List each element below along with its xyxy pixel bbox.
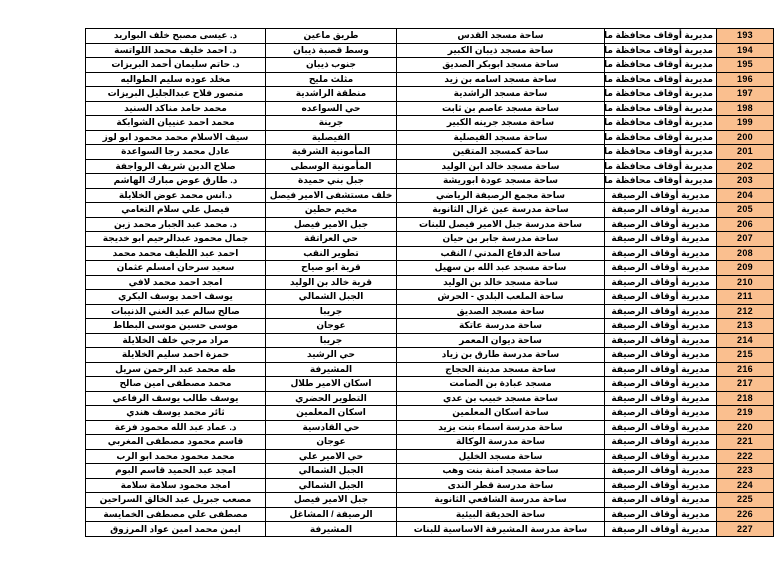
district-cell: طريق ماعين — [266, 29, 397, 44]
district-cell: جريبا — [266, 304, 397, 319]
khateeb-name-cell: صلاح الدين شريف الرواجفة — [86, 159, 266, 174]
table-row: عادل محمد رجا السواعدة المأمونية الشرقية… — [86, 145, 774, 160]
row-number-badge: 220 — [717, 420, 774, 435]
table-row: محمد حامد مناكد السنيد حي السواعده ساحة … — [86, 101, 774, 116]
table-row: سعيد سرحان امسلم عثمان قرية ابو صياح ساح… — [86, 261, 774, 276]
khateeb-name-cell: سيف الاسلام محمد محمود ابو لوز — [86, 130, 266, 145]
district-cell: الفيصلية — [266, 130, 397, 145]
table-row: محمد احمد عنييان الشوابكة جرينة ساحة مسج… — [86, 116, 774, 131]
row-number-badge: 195 — [717, 58, 774, 73]
khateeb-name-cell: موسى حسين موسى البطاط — [86, 319, 266, 334]
table-row: يوسف طالب يوسف الرفاعي التطوير الحضري سا… — [86, 391, 774, 406]
square-location-cell: ساحة مدرسة جبل الامير فيصل للبنات — [397, 217, 605, 232]
table-row: احمد عبد اللطيف محمد محمد تطوير النقب سا… — [86, 246, 774, 261]
district-cell: قرية خالد بن الوليد — [266, 275, 397, 290]
district-cell: قرية ابو صياح — [266, 261, 397, 276]
directorate-cell: مديرية أوقاف الرصيفة — [605, 188, 717, 203]
row-number-badge: 213 — [717, 319, 774, 334]
table-row: صالح سالم عبد الغني الذنيبات جريبا ساحة … — [86, 304, 774, 319]
khateeb-name-cell: طه محمد عبد الرحمن سريل — [86, 362, 266, 377]
square-location-cell: ساحة كمسجد المتقين — [397, 145, 605, 160]
square-location-cell: ساحة مسجد خبيب بن عدي — [397, 391, 605, 406]
directorate-cell: مديرية أوقاف الرصيفة — [605, 203, 717, 218]
khateeb-name-cell: د. محمد عبد الجبار محمد زبن — [86, 217, 266, 232]
row-number-badge: 215 — [717, 348, 774, 363]
table-row: ايمن محمد امين عواد المرزوق المشيرفة ساح… — [86, 522, 774, 537]
row-number-badge: 200 — [717, 130, 774, 145]
row-number-badge: 219 — [717, 406, 774, 421]
directorate-cell: مديرية أوقاف الرصيفة — [605, 377, 717, 392]
table-row: مراد مرجي خلف الخلايلة جريبا ساحة ديوان … — [86, 333, 774, 348]
directorate-cell: مديرية أوقاف الرصيفة — [605, 304, 717, 319]
row-number-badge: 212 — [717, 304, 774, 319]
district-cell: اسكان المعلمين — [266, 406, 397, 421]
directorate-cell: مديرية أوقاف محافظة مادبا — [605, 159, 717, 174]
district-cell: عوجان — [266, 319, 397, 334]
row-number-badge: 224 — [717, 478, 774, 493]
row-number-badge: 197 — [717, 87, 774, 102]
square-location-cell: ساحة مسجد عبد الله بن سهيل — [397, 261, 605, 276]
table-row: د.انس محمد عوض الخلايلة خلف مستشفى الامي… — [86, 188, 774, 203]
row-number-badge: 206 — [717, 217, 774, 232]
table-row: د. عيسى مصبح خلف البواريد طريق ماعين ساح… — [86, 29, 774, 44]
district-cell: الرصيفة / المشاغل — [266, 507, 397, 522]
row-number-badge: 205 — [717, 203, 774, 218]
khateeb-name-cell: د.انس محمد عوض الخلايلة — [86, 188, 266, 203]
district-cell: مخيم حطين — [266, 203, 397, 218]
table-row: امجد عبد الحميد قاسم البوم الجبل الشمالي… — [86, 464, 774, 479]
row-number-badge: 208 — [717, 246, 774, 261]
row-number-badge: 218 — [717, 391, 774, 406]
directorate-cell: مديرية أوقاف محافظة مادبا — [605, 174, 717, 189]
directorate-cell: مديرية أوقاف الرصيفة — [605, 232, 717, 247]
square-location-cell: ساحة مسجد اسامه بن زيد — [397, 72, 605, 87]
directorate-cell: مديرية أوقاف الرصيفة — [605, 319, 717, 334]
square-location-cell: ساحة مدرسة الشافعي الثانوية — [397, 493, 605, 508]
table-row: صلاح الدين شريف الرواجفة المأمونية الوسط… — [86, 159, 774, 174]
square-location-cell: ساحة مسجد الراشدية — [397, 87, 605, 102]
table-row: مصطفى علي مصطفى الخمايسة الرصيفة / المشا… — [86, 507, 774, 522]
district-cell: المأمونية الوسطى — [266, 159, 397, 174]
directorate-cell: مديرية أوقاف الرصيفة — [605, 449, 717, 464]
square-location-cell: ساحة مدرسة عين غزال الثانوية — [397, 203, 605, 218]
khateeb-name-cell: د. حاتم سليمان أحمد البريزات — [86, 58, 266, 73]
row-number-badge: 226 — [717, 507, 774, 522]
khateeb-name-cell: محمد حامد مناكد السنيد — [86, 101, 266, 116]
directorate-cell: مديرية أوقاف الرصيفة — [605, 420, 717, 435]
khateeb-name-cell: سعيد سرحان امسلم عثمان — [86, 261, 266, 276]
directorate-cell: مديرية أوقاف الرصيفة — [605, 275, 717, 290]
district-cell: وسط قصبة ذيبان — [266, 43, 397, 58]
table-row: منصور فلاح عبدالجليل البريزات منطقة الرا… — [86, 87, 774, 102]
table-body: د. عيسى مصبح خلف البواريد طريق ماعين ساح… — [86, 29, 774, 537]
khateeb-name-cell: احمد عبد اللطيف محمد محمد — [86, 246, 266, 261]
square-location-cell: ساحة مسجد مدينة الحجاج — [397, 362, 605, 377]
square-location-cell: ساحة مدرسة قطر الندى — [397, 478, 605, 493]
khateeb-name-cell: فيصل علي سلام التعامي — [86, 203, 266, 218]
row-number-badge: 227 — [717, 522, 774, 537]
district-cell: جبل الامير فيصل — [266, 493, 397, 508]
row-number-badge: 202 — [717, 159, 774, 174]
square-location-cell: ساحة مسجد الصديق — [397, 304, 605, 319]
square-location-cell: ساحة مدرسة الوكالة — [397, 435, 605, 450]
row-number-badge: 198 — [717, 101, 774, 116]
khateeb-name-cell: منصور فلاح عبدالجليل البريزات — [86, 87, 266, 102]
khateeb-name-cell: ثائر محمد يوسف هندي — [86, 406, 266, 421]
directorate-cell: مديرية أوقاف الرصيفة — [605, 290, 717, 305]
khateeb-name-cell: مخلد عوده سليم الطواليه — [86, 72, 266, 87]
table-row: محمد مصطفى امين صالح اسكان الامير طلال م… — [86, 377, 774, 392]
directorate-cell: مديرية أوقاف الرصيفة — [605, 435, 717, 450]
square-location-cell: ساحة ديوان المعمر — [397, 333, 605, 348]
khateeb-name-cell: جمال محمود عبدالرحيم ابو خديجة — [86, 232, 266, 247]
square-location-cell: ساحة مسجد جرينه الكبير — [397, 116, 605, 131]
square-location-cell: ساحة مسجد عاصم بن ثابت — [397, 101, 605, 116]
square-location-cell: ساحة مسجد عودة ابوريشة — [397, 174, 605, 189]
table-row: امجد محمود سلامة سلامة الجبل الشمالي ساح… — [86, 478, 774, 493]
khateeb-name-cell: يوسف طالب يوسف الرفاعي — [86, 391, 266, 406]
square-location-cell: ساحة مسجد الفيصلية — [397, 130, 605, 145]
khateeb-name-cell: محمد احمد عنييان الشوابكة — [86, 116, 266, 131]
district-cell: حي الامير علي — [266, 449, 397, 464]
row-number-badge: 194 — [717, 43, 774, 58]
row-number-badge: 203 — [717, 174, 774, 189]
directorate-cell: مديرية أوقاف محافظة مادبا — [605, 43, 717, 58]
khateeb-name-cell: مصطفى علي مصطفى الخمايسة — [86, 507, 266, 522]
khateeb-name-cell: امجد عبد الحميد قاسم البوم — [86, 464, 266, 479]
district-cell: تطوير النقب — [266, 246, 397, 261]
directorate-cell: مديرية أوقاف محافظة مادبا — [605, 72, 717, 87]
district-cell: حي الرشيد — [266, 348, 397, 363]
directorate-cell: مديرية أوقاف الرصيفة — [605, 362, 717, 377]
directorate-cell: مديرية أوقاف الرصيفة — [605, 261, 717, 276]
row-number-badge: 223 — [717, 464, 774, 479]
table-row: موسى حسين موسى البطاط عوجان ساحة مدرسة ع… — [86, 319, 774, 334]
khateeb-name-cell: حمزة احمد سليم الخلايلة — [86, 348, 266, 363]
square-location-cell: ساحة الملعب البلدي - الحرش — [397, 290, 605, 305]
khateeb-name-cell: عادل محمد رجا السواعدة — [86, 145, 266, 160]
square-location-cell: ساحة مسجد القدس — [397, 29, 605, 44]
eid-prayer-squares-table: د. عيسى مصبح خلف البواريد طريق ماعين ساح… — [85, 28, 774, 537]
directorate-cell: مديرية أوقاف الرصيفة — [605, 333, 717, 348]
directorate-cell: مديرية أوقاف الرصيفة — [605, 406, 717, 421]
square-location-cell: ساحة مسجد امنة بنت وهب — [397, 464, 605, 479]
directorate-cell: مديرية أوقاف الرصيفة — [605, 522, 717, 537]
row-number-badge: 204 — [717, 188, 774, 203]
district-cell: جبل الامير فيصل — [266, 217, 397, 232]
district-cell: مثلث مليح — [266, 72, 397, 87]
table-row: طه محمد عبد الرحمن سريل المشيرفة ساحة مس… — [86, 362, 774, 377]
table-row: د. احمد خليف محمد اللواتسة وسط قصبة ذيبا… — [86, 43, 774, 58]
table-row: د. حاتم سليمان أحمد البريزات جنوب ذيبان … — [86, 58, 774, 73]
square-location-cell: مسجد عبادة بن الصامت — [397, 377, 605, 392]
square-location-cell: ساحة مسجد ابوبكر الصديق — [397, 58, 605, 73]
district-cell: الجبل الشمالي — [266, 290, 397, 305]
square-location-cell: ساحة مدرسة جابر بن حيان — [397, 232, 605, 247]
district-cell: حي القادسية — [266, 420, 397, 435]
directorate-cell: مديرية أوقاف محافظة مادبا — [605, 145, 717, 160]
khateeb-name-cell: د. عماد عبد الله محمود فزعة — [86, 420, 266, 435]
khateeb-name-cell: ايمن محمد امين عواد المرزوق — [86, 522, 266, 537]
district-cell: جرينة — [266, 116, 397, 131]
row-number-badge: 210 — [717, 275, 774, 290]
row-number-badge: 222 — [717, 449, 774, 464]
district-cell: التطوير الحضري — [266, 391, 397, 406]
khateeb-name-cell: محمد محمود محمد ابو الرب — [86, 449, 266, 464]
directorate-cell: مديرية أوقاف محافظة مادبا — [605, 58, 717, 73]
row-number-badge: 217 — [717, 377, 774, 392]
square-location-cell: ساحة مدرسة المشيرفة الاساسية للبنات — [397, 522, 605, 537]
khateeb-name-cell: امجد محمود سلامة سلامة — [86, 478, 266, 493]
row-number-badge: 214 — [717, 333, 774, 348]
square-location-cell: ساحة مسجد خالد ابن الوليد — [397, 159, 605, 174]
square-location-cell: ساحة مسجد خالد بن الوليد — [397, 275, 605, 290]
row-number-badge: 225 — [717, 493, 774, 508]
row-number-badge: 211 — [717, 290, 774, 305]
khateeb-name-cell: د. احمد خليف محمد اللواتسة — [86, 43, 266, 58]
square-location-cell: ساحة اسكان المعلمين — [397, 406, 605, 421]
square-location-cell: ساحة مجمع الرصيفة الرياضي — [397, 188, 605, 203]
district-cell: جنوب ذيبان — [266, 58, 397, 73]
khateeb-name-cell: امجد احمد محمد لافي — [86, 275, 266, 290]
table-row: ثائر محمد يوسف هندي اسكان المعلمين ساحة … — [86, 406, 774, 421]
row-number-badge: 209 — [717, 261, 774, 276]
district-cell: المأمونية الشرقية — [266, 145, 397, 160]
directorate-cell: مديرية أوقاف محافظة مادبا — [605, 101, 717, 116]
khateeb-name-cell: د. طارق عوض مبارك الهاشم — [86, 174, 266, 189]
directorate-cell: مديرية أوقاف الرصيفة — [605, 391, 717, 406]
directorate-cell: مديرية أوقاف الرصيفة — [605, 464, 717, 479]
table-row: جمال محمود عبدالرحيم ابو خديجة حي العرات… — [86, 232, 774, 247]
row-number-badge: 196 — [717, 72, 774, 87]
table-row: د. طارق عوض مبارك الهاشم جبل بني حميدة س… — [86, 174, 774, 189]
row-number-badge: 193 — [717, 29, 774, 44]
khateeb-name-cell: مراد مرجي خلف الخلايلة — [86, 333, 266, 348]
table-row: حمزة احمد سليم الخلايلة حي الرشيد ساحة م… — [86, 348, 774, 363]
directorate-cell: مديرية أوقاف الرصيفة — [605, 478, 717, 493]
district-cell: حي العراتقة — [266, 232, 397, 247]
district-cell: المشيرفة — [266, 362, 397, 377]
row-number-badge: 207 — [717, 232, 774, 247]
square-location-cell: ساحة الحديقة البيئية — [397, 507, 605, 522]
district-cell: جبل بني حميدة — [266, 174, 397, 189]
district-cell: المشيرفة — [266, 522, 397, 537]
directorate-cell: مديرية أوقاف الرصيفة — [605, 493, 717, 508]
khateeb-name-cell: صالح سالم عبد الغني الذنيبات — [86, 304, 266, 319]
directorate-cell: مديرية أوقاف محافظة مادبا — [605, 87, 717, 102]
district-cell: عوجان — [266, 435, 397, 450]
khateeb-name-cell: مصعب جبريل عبد الخالق السراحين — [86, 493, 266, 508]
table-row: سيف الاسلام محمد محمود ابو لوز الفيصلية … — [86, 130, 774, 145]
row-number-badge: 216 — [717, 362, 774, 377]
khateeb-name-cell: يوسف احمد يوسف البكري — [86, 290, 266, 305]
directorate-cell: مديرية أوقاف الرصيفة — [605, 246, 717, 261]
row-number-badge: 201 — [717, 145, 774, 160]
document-page: د. عيسى مصبح خلف البواريد طريق ماعين ساح… — [0, 0, 781, 575]
square-location-cell: ساحة مدرسة اسماء بنت يزيد — [397, 420, 605, 435]
table-row: مخلد عوده سليم الطواليه مثلث مليح ساحة م… — [86, 72, 774, 87]
khateeb-name-cell: د. عيسى مصبح خلف البواريد — [86, 29, 266, 44]
directorate-cell: مديرية أوقاف محافظة مادبا — [605, 29, 717, 44]
directorate-cell: مديرية أوقاف محافظة مادبا — [605, 116, 717, 131]
table-row: يوسف احمد يوسف البكري الجبل الشمالي ساحة… — [86, 290, 774, 305]
square-location-cell: ساحة الدفاع المدني / النقب — [397, 246, 605, 261]
table-row: محمد محمود محمد ابو الرب حي الامير علي س… — [86, 449, 774, 464]
directorate-cell: مديرية أوقاف الرصيفة — [605, 507, 717, 522]
directorate-cell: مديرية أوقاف محافظة مادبا — [605, 130, 717, 145]
square-location-cell: ساحة مسجد ذيبان الكبير — [397, 43, 605, 58]
table-row: د. عماد عبد الله محمود فزعة حي القادسية … — [86, 420, 774, 435]
square-location-cell: ساحة مسجد الخليل — [397, 449, 605, 464]
table-row: قاسم محمود مصطفى المغربي عوجان ساحة مدرس… — [86, 435, 774, 450]
table-row: د. محمد عبد الجبار محمد زبن جبل الامير ف… — [86, 217, 774, 232]
table-row: مصعب جبريل عبد الخالق السراحين جبل الامي… — [86, 493, 774, 508]
row-number-badge: 199 — [717, 116, 774, 131]
directorate-cell: مديرية أوقاف الرصيفة — [605, 348, 717, 363]
square-location-cell: ساحة مدرسة طارق بن زياد — [397, 348, 605, 363]
district-cell: خلف مستشفى الامير فيصل — [266, 188, 397, 203]
table-row: امجد احمد محمد لافي قرية خالد بن الوليد … — [86, 275, 774, 290]
district-cell: جريبا — [266, 333, 397, 348]
row-number-badge: 221 — [717, 435, 774, 450]
square-location-cell: ساحة مدرسة عاتكة — [397, 319, 605, 334]
district-cell: اسكان الامير طلال — [266, 377, 397, 392]
district-cell: الجبل الشمالي — [266, 464, 397, 479]
khateeb-name-cell: قاسم محمود مصطفى المغربي — [86, 435, 266, 450]
district-cell: حي السواعده — [266, 101, 397, 116]
table-row: فيصل علي سلام التعامي مخيم حطين ساحة مدر… — [86, 203, 774, 218]
khateeb-name-cell: محمد مصطفى امين صالح — [86, 377, 266, 392]
district-cell: الجبل الشمالي — [266, 478, 397, 493]
district-cell: منطقة الراشدية — [266, 87, 397, 102]
directorate-cell: مديرية أوقاف الرصيفة — [605, 217, 717, 232]
